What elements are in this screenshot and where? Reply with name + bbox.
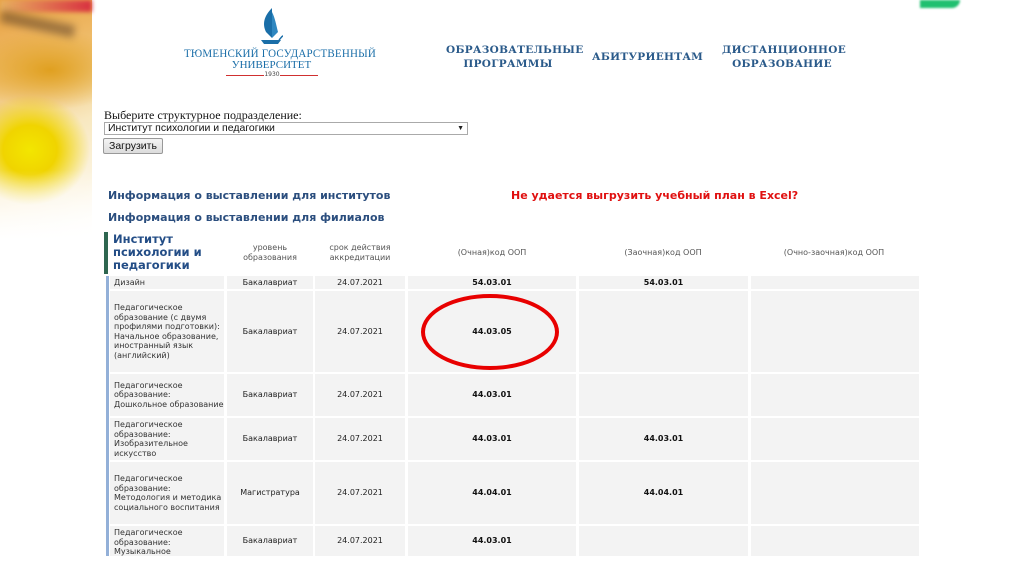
cell-program-name-text: Педагогическое образование: Изобразитель…: [114, 420, 224, 458]
cell-level: Бакалавриат: [227, 526, 313, 556]
cell-accreditation-text: 24.07.2021: [337, 536, 383, 546]
cell-full-time-code-text: 54.03.01: [472, 278, 511, 288]
rows-accent-bar: [106, 276, 109, 556]
cell-part-time-code-text: 44.04.01: [644, 488, 683, 498]
cell-accreditation: 24.07.2021: [315, 291, 405, 372]
cell-program-name-text: Педагогическое образование: Дошкольное о…: [114, 381, 224, 410]
cell-level-text: Бакалавриат: [243, 390, 298, 400]
cell-accreditation: 24.07.2021: [315, 462, 405, 524]
cell-accreditation: 24.07.2021: [315, 418, 405, 460]
cell-part-time-code: [579, 526, 748, 556]
cell-full-time-code: 44.03.05: [408, 291, 576, 372]
cell-accreditation-text: 24.07.2021: [337, 488, 383, 498]
cell-full-time-code: 44.03.01: [408, 374, 576, 416]
cell-program-name: Педагогическое образование (с двумя проф…: [110, 291, 224, 372]
cell-part-time-code: 44.03.01: [579, 418, 748, 460]
cell-accreditation-text: 24.07.2021: [337, 390, 383, 400]
cell-full-time-code: 54.03.01: [408, 276, 576, 289]
institute-accent-bar: [104, 232, 108, 274]
cell-accreditation-text: 24.07.2021: [337, 327, 383, 337]
cell-part-time-code: 44.04.01: [579, 462, 748, 524]
decorative-green-accent: [920, 0, 960, 8]
department-select-value: Институт психологии и педагогики: [108, 122, 275, 134]
cell-accreditation: 24.07.2021: [315, 526, 405, 556]
cell-full-time-code-text: 44.04.01: [472, 488, 511, 498]
column-header-level: уровень образования: [228, 243, 312, 263]
university-logo[interactable]: ТЮМЕНСКИЙ ГОСУДАРСТВЕННЫЙ УНИВЕРСИТЕТ 19…: [184, 4, 359, 80]
dropdown-arrow-icon: ▼: [457, 123, 464, 134]
cell-full-time-code-text: 44.03.01: [472, 390, 511, 400]
cell-accreditation: 24.07.2021: [315, 276, 405, 289]
excel-help-link[interactable]: Не удается выгрузить учебный план в Exce…: [511, 189, 798, 202]
cell-part-time-code: [579, 291, 748, 372]
cell-level-text: Бакалавриат: [243, 278, 298, 288]
cell-level: Бакалавриат: [227, 276, 313, 289]
cell-level-text: Бакалавриат: [243, 536, 298, 546]
cell-full-time-code: 44.04.01: [408, 462, 576, 524]
load-button[interactable]: Загрузить: [103, 138, 163, 154]
nav-educational-programs[interactable]: ОБРАЗОВАТЕЛЬНЫЕ ПРОГРАММЫ: [446, 43, 570, 71]
nav-label-line2: ПРОГРАММЫ: [446, 57, 570, 71]
ship-icon: [258, 6, 284, 48]
cell-full-time-code-text: 44.03.01: [472, 434, 511, 444]
cell-accreditation-text: 24.07.2021: [337, 278, 383, 288]
cell-program-name: Педагогическое образование: Изобразитель…: [110, 418, 224, 460]
logo-title-line2: УНИВЕРСИТЕТ: [184, 59, 359, 71]
cell-mixed-code: [751, 418, 919, 460]
institutes-info-link[interactable]: Информация о выставлении для институтов: [108, 189, 390, 202]
column-header-mixed: (Очно-заочная)код ООП: [750, 248, 918, 258]
cell-program-name-text: Педагогическое образование (с двумя проф…: [114, 303, 224, 360]
cell-full-time-code: 44.03.01: [408, 418, 576, 460]
cell-mixed-code: [751, 291, 919, 372]
cell-level-text: Бакалавриат: [243, 434, 298, 444]
cell-level: Бакалавриат: [227, 418, 313, 460]
cell-level-text: Магистратура: [240, 488, 300, 498]
cell-mixed-code: [751, 526, 919, 556]
cell-level: Магистратура: [227, 462, 313, 524]
cell-full-time-code-text: 44.03.05: [472, 327, 511, 337]
cell-program-name: Педагогическое образование: Музыкальное: [110, 526, 224, 556]
nav-label-line2: ОБРАЗОВАНИЕ: [722, 57, 842, 71]
cell-part-time-code-text: 44.03.01: [644, 434, 683, 444]
cell-part-time-code-text: 54.03.01: [644, 278, 683, 288]
cell-level: Бакалавриат: [227, 291, 313, 372]
column-header-full-time: (Очная)код ООП: [408, 248, 576, 258]
institute-title: Институт психологии и педагогики: [113, 233, 223, 272]
nav-label-line1: АБИТУРИЕНТАМ: [592, 50, 698, 64]
nav-applicants[interactable]: АБИТУРИЕНТАМ: [592, 50, 698, 64]
nav-label-line1: ДИСТАНЦИОННОЕ: [722, 43, 842, 57]
cell-mixed-code: [751, 462, 919, 524]
cell-mixed-code: [751, 276, 919, 289]
cell-program-name-text: Педагогическое образование: Методология …: [114, 474, 224, 512]
department-select[interactable]: Институт психологии и педагогики ▼: [104, 122, 468, 135]
cell-part-time-code: [579, 374, 748, 416]
cell-level: Бакалавриат: [227, 374, 313, 416]
nav-distance-education[interactable]: ДИСТАНЦИОННОЕ ОБРАЗОВАНИЕ: [722, 43, 842, 71]
cell-full-time-code-text: 44.03.01: [472, 536, 511, 546]
cell-program-name-text: Педагогическое образование: Музыкальное: [114, 528, 224, 556]
column-header-part-time: (Заочная)код ООП: [578, 248, 748, 258]
decorative-fade: [0, 170, 92, 240]
nav-label-line1: ОБРАЗОВАТЕЛЬНЫЕ: [446, 43, 570, 57]
cell-full-time-code: 44.03.01: [408, 526, 576, 556]
branches-info-link[interactable]: Информация о выставлении для филиалов: [108, 211, 384, 224]
cell-accreditation: 24.07.2021: [315, 374, 405, 416]
column-header-accreditation: срок действия аккредитации: [316, 243, 404, 263]
cell-accreditation-text: 24.07.2021: [337, 434, 383, 444]
cell-program-name: Педагогическое образование: Дошкольное о…: [110, 374, 224, 416]
department-select-label: Выберите структурное подразделение:: [104, 108, 302, 123]
cell-level-text: Бакалавриат: [243, 327, 298, 337]
cell-mixed-code: [751, 374, 919, 416]
cell-program-name: Педагогическое образование: Методология …: [110, 462, 224, 524]
cell-program-name-text: Дизайн: [114, 278, 145, 288]
logo-year: 1930: [222, 71, 322, 79]
cell-part-time-code: 54.03.01: [579, 276, 748, 289]
cell-program-name: Дизайн: [110, 276, 224, 289]
